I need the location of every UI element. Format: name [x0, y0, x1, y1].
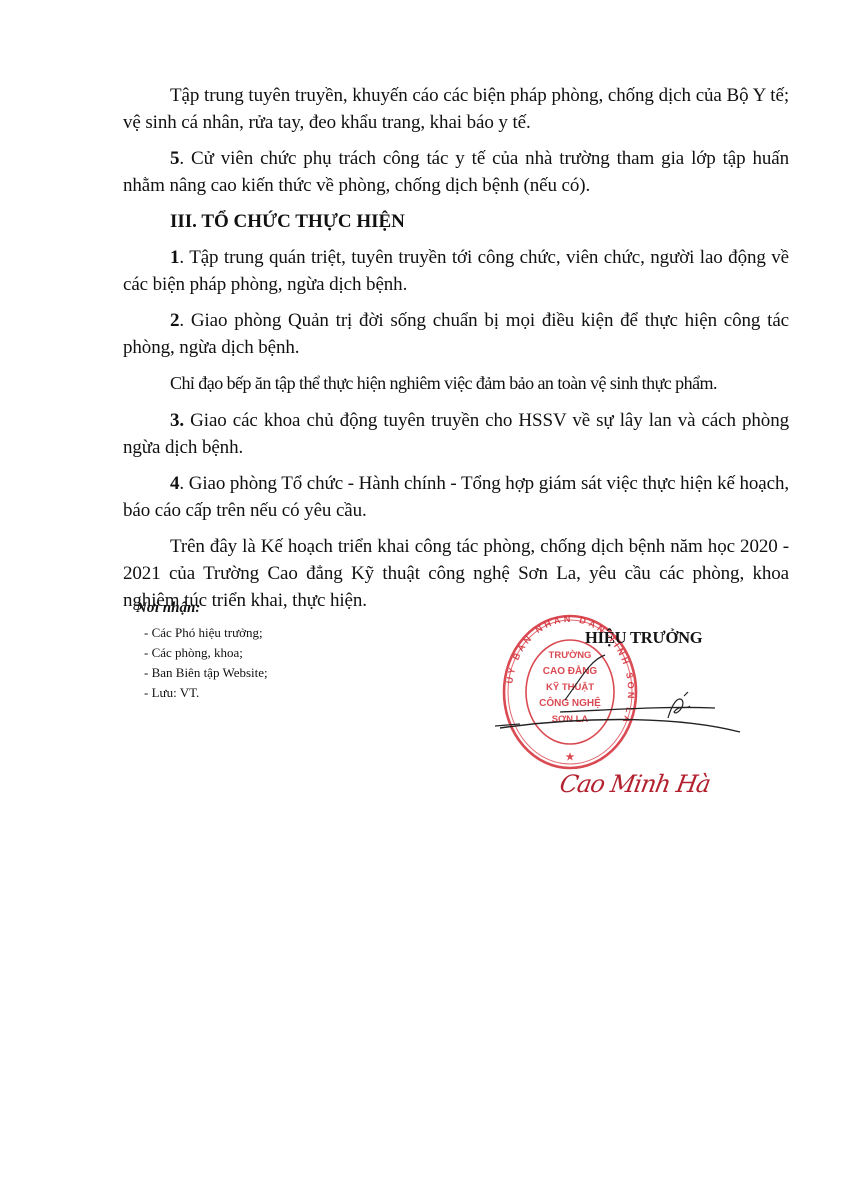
recipient-item: - Các Phó hiệu trưởng; [144, 623, 268, 643]
section-item-1: 1. Tập trung quán triệt, tuyên truyền tớ… [123, 244, 789, 298]
item-number: 5 [170, 148, 179, 169]
item-text: Giao các khoa chủ động tuyên truyền cho … [123, 410, 789, 458]
section-item-2: 2. Giao phòng Quản trị đời sống chuẩn bị… [123, 307, 789, 361]
recipients-block: Nơi nhận: - Các Phó hiệu trưởng; - Các p… [136, 600, 268, 703]
item-text: . Giao phòng Tổ chức - Hành chính - Tổng… [123, 473, 789, 521]
recipients-title: Nơi nhận: [136, 600, 268, 617]
item-text: . Giao phòng Quản trị đời sống chuẩn bị … [123, 310, 789, 358]
item-text: Chỉ đạo bếp ăn tập thể thực hiện nghiêm … [170, 373, 717, 393]
recipients-list: - Các Phó hiệu trưởng; - Các phòng, khoa… [136, 623, 268, 703]
item-text: . Tập trung quán triệt, tuyên truyền tới… [123, 247, 789, 295]
paragraph-text: Tập trung tuyên truyền, khuyến cáo các b… [123, 85, 789, 133]
item-number: 1 [170, 247, 179, 268]
paragraph-measures: Tập trung tuyên truyền, khuyến cáo các b… [123, 82, 789, 136]
document-body: Tập trung tuyên truyền, khuyến cáo các b… [123, 82, 789, 623]
recipient-item: - Lưu: VT. [144, 683, 268, 703]
handwritten-signature-icon [490, 600, 790, 820]
paragraph-text: . Cử viên chức phụ trách công tác y tế c… [123, 148, 789, 196]
section-item-4: 4. Giao phòng Tổ chức - Hành chính - Tổn… [123, 470, 789, 524]
section-item-3: 3. Giao các khoa chủ động tuyên truyền c… [123, 407, 789, 461]
section-item-2-note: Chỉ đạo bếp ăn tập thể thực hiện nghiêm … [123, 370, 789, 397]
recipient-item: - Ban Biên tập Website; [144, 663, 268, 683]
item-number: 4 [170, 473, 179, 494]
recipient-item: - Các phòng, khoa; [144, 643, 268, 663]
paragraph-item-5: 5. Cử viên chức phụ trách công tác y tế … [123, 145, 789, 199]
item-number: 2 [170, 310, 179, 331]
signature-block: TRƯỜNG CAO ĐẲNG KỸ THUẬT CÔNG NGHỆ SƠN L… [490, 600, 790, 820]
item-number: 3. [170, 410, 184, 431]
section-heading: III. TỔ CHỨC THỰC HIỆN [123, 208, 789, 235]
